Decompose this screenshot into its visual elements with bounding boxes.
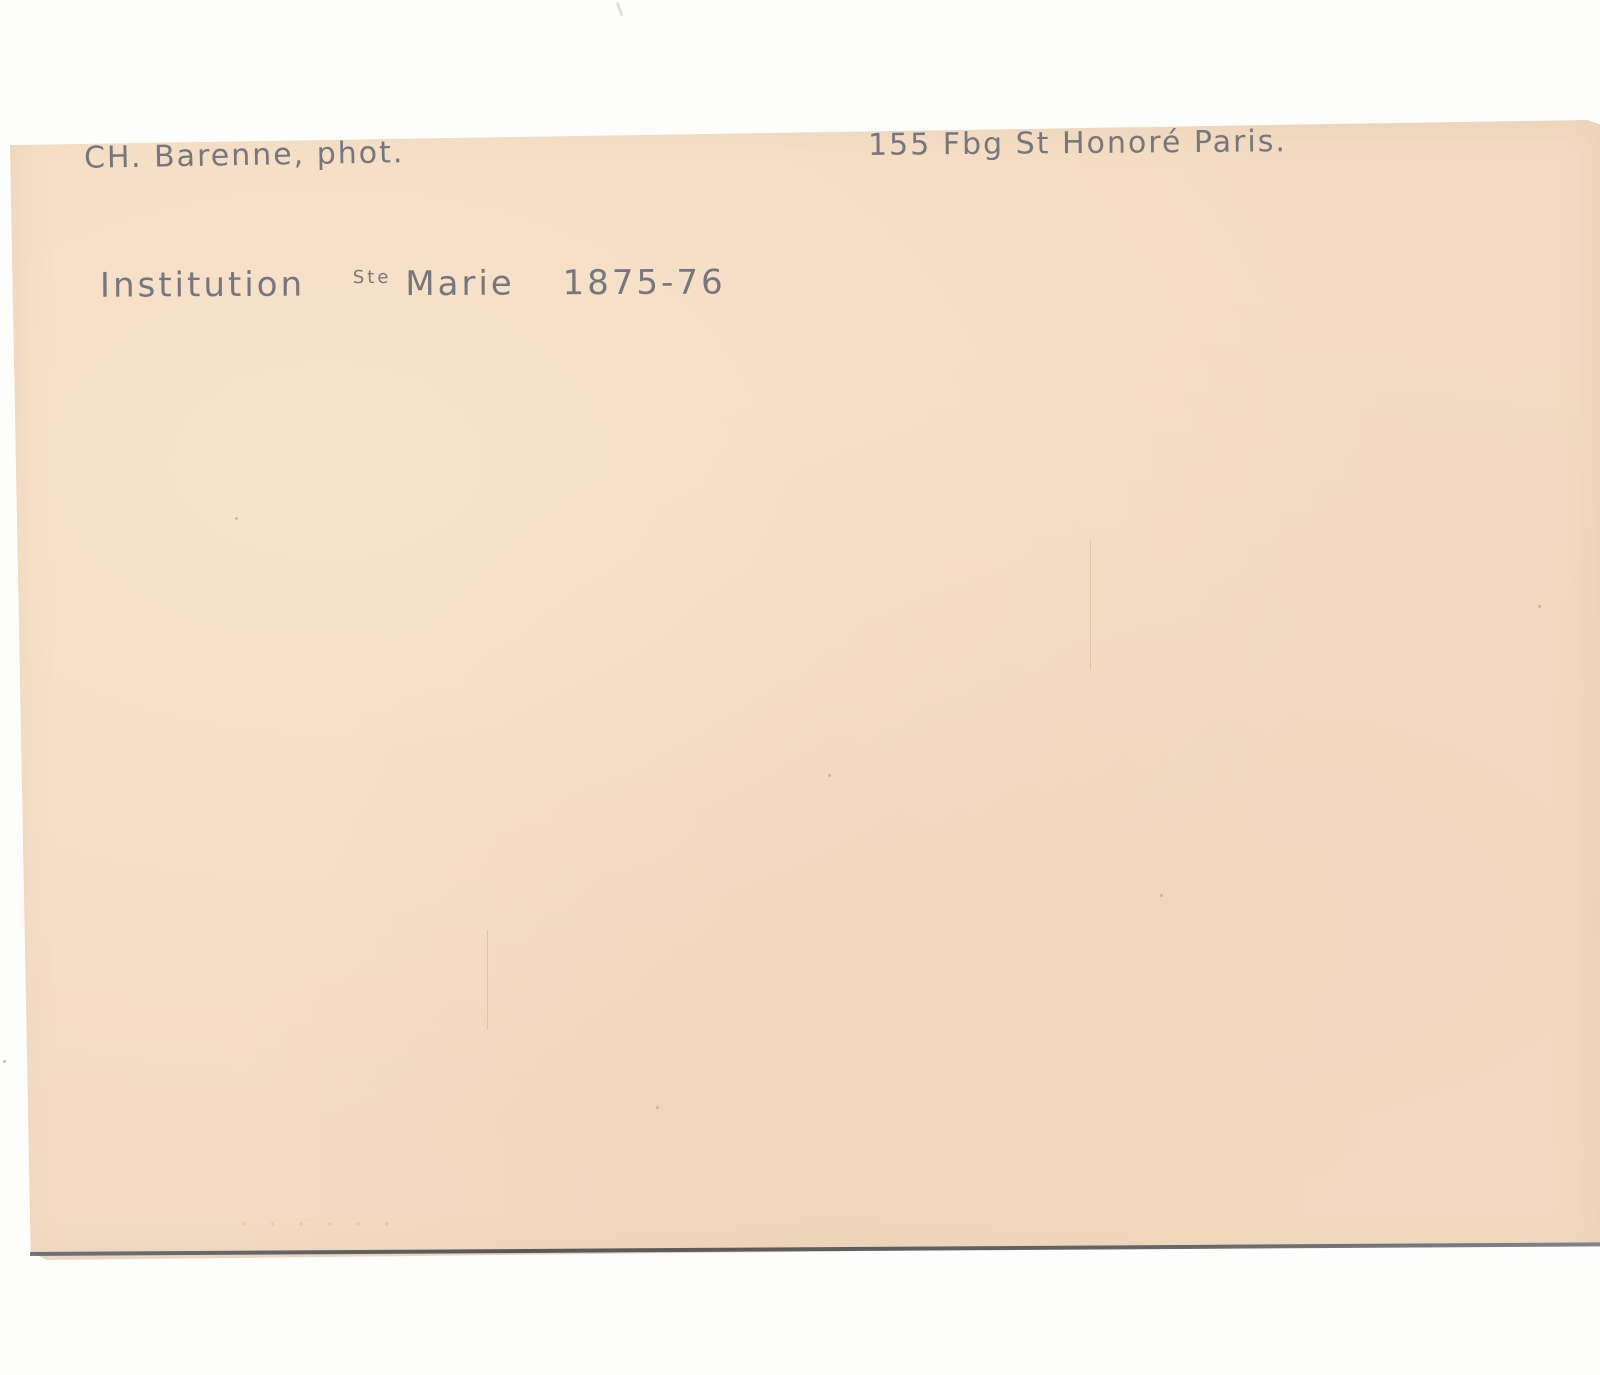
paper-speck [828,774,831,777]
school-years: 1875-76 [562,262,725,303]
paper-speck [656,1106,659,1109]
scan-artifact [616,2,624,16]
paper-speck [1538,605,1541,608]
saint-abbrev: Ste [353,267,392,288]
institution-word: Institution [100,265,305,306]
faded-stamp: · · · · · · [240,1210,397,1240]
paper-speck [1160,894,1163,897]
institution-annotation: Institution Ste Marie 1875-76 [100,262,760,305]
paper-speck [235,517,238,520]
photographer-annotation: CH. Barenne, phot. [84,135,405,176]
institution-name: Ste Marie [353,264,515,305]
paper-crease [487,930,488,1030]
paper-crease [1090,540,1091,670]
paper-speck [3,1060,6,1063]
studio-address-annotation: 155 Fbg St Honoré Paris. [868,124,1287,163]
institution-patron: Marie [405,264,515,305]
